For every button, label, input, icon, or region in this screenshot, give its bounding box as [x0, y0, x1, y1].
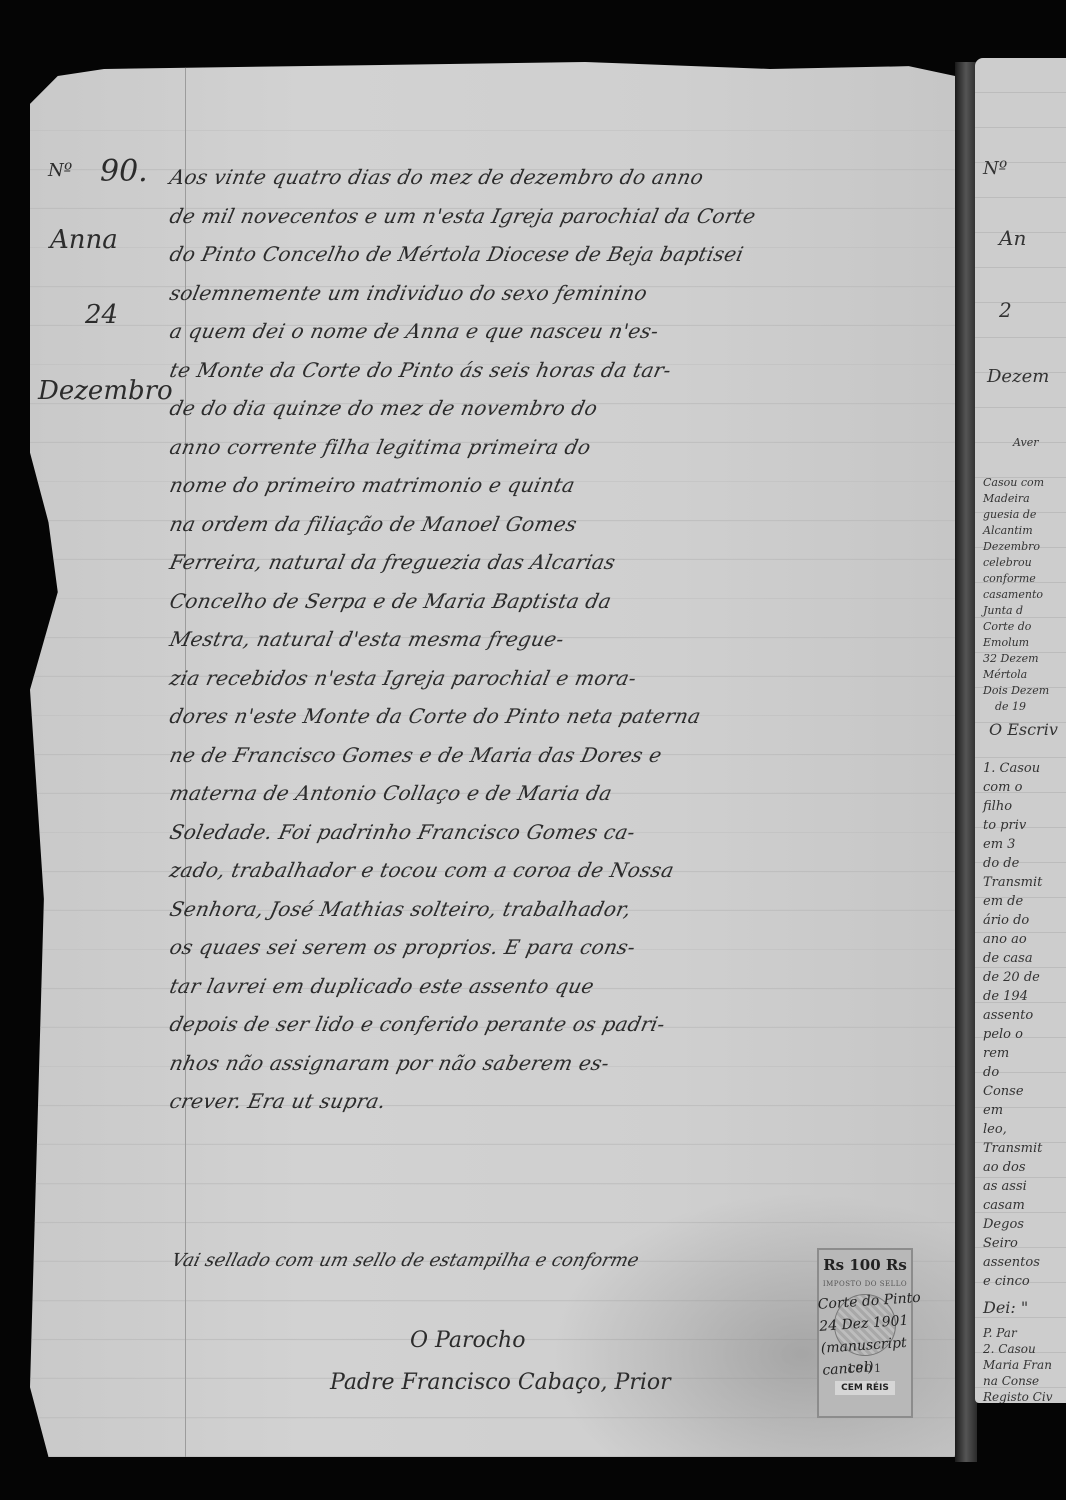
- entry-number-prefix: Nº: [48, 160, 72, 181]
- adjacent-fragment: Alcantim: [983, 524, 1033, 537]
- adjacent-fragment: casamento: [983, 588, 1043, 601]
- adjacent-fragment: Dezem: [987, 366, 1049, 387]
- adjacent-fragment: leo,: [983, 1122, 1007, 1137]
- adjacent-fragment: assentos: [983, 1255, 1040, 1270]
- adjacent-fragment: as assi: [983, 1179, 1027, 1194]
- stamp-value: Rs 100 Rs: [823, 1256, 907, 1274]
- body-line: Aos vinte quatro dias do mez de dezembro…: [166, 158, 924, 197]
- body-line: zia recebidos n'esta Igreja parochial e …: [166, 659, 924, 698]
- body-line: ne de Francisco Gomes e de Maria das Dor…: [166, 736, 924, 775]
- adjacent-fragment: 32 Dezem: [983, 652, 1039, 665]
- body-line: a quem dei o nome de Anna e que nasceu n…: [166, 312, 924, 351]
- adjacent-fragment: O Escriv: [989, 720, 1058, 739]
- stamp-inscription: IMPOSTO DO SELLO: [823, 1280, 907, 1288]
- body-line: nhos não assignaram por não saberem es-: [166, 1044, 924, 1083]
- margin-month: Dezembro: [38, 376, 173, 406]
- adjacent-fragment: assento: [983, 1008, 1033, 1023]
- adjacent-fragment: ano ao: [983, 932, 1027, 947]
- adjacent-fragment: Dezembro: [983, 540, 1040, 553]
- adjacent-fragment: Registo Civ: [983, 1390, 1052, 1403]
- adjacent-fragment: Dei: ": [983, 1298, 1028, 1317]
- adjacent-fragment: do: [983, 1065, 999, 1080]
- adjacent-fragment: Degos: [983, 1217, 1024, 1232]
- adjacent-fragment: Emolum: [983, 636, 1029, 649]
- body-line: zado, trabalhador e tocou com a coroa de…: [166, 851, 924, 890]
- adjacent-fragment: Aver: [1013, 436, 1038, 449]
- body-line: de do dia quinze do mez de novembro do: [166, 389, 924, 428]
- signature-name: Padre Francisco Cabaço, Prior: [330, 1370, 671, 1395]
- adjacent-fragment: de 20 de: [983, 970, 1040, 985]
- adjacent-fragment: guesia de: [983, 508, 1036, 521]
- adjacent-fragment: casam: [983, 1198, 1025, 1213]
- closing-note: Vai sellado com um sello de estampilha e…: [169, 1250, 641, 1271]
- body-line: Mestra, natural d'esta mesma fregue-: [166, 620, 924, 659]
- adjacent-fragment: Transmit: [983, 875, 1042, 890]
- adjacent-fragment: Mértola: [983, 668, 1027, 681]
- body-line: Concelho de Serpa e de Maria Baptista da: [166, 582, 924, 621]
- adjacent-fragment: to priv: [983, 818, 1026, 833]
- body-line: na ordem da filiação de Manoel Gomes: [166, 505, 924, 544]
- adjacent-fragment: celebrou: [983, 556, 1032, 569]
- adjacent-fragment: filho: [983, 799, 1012, 814]
- entry-body: Aos vinte quatro dias do mez de dezembro…: [170, 158, 920, 1121]
- adjacent-fragment: 1. Casou: [983, 761, 1040, 776]
- stamp-cancellation: Corte do Pinto 24 Dez 1901 (manuscript c…: [817, 1286, 933, 1381]
- adjacent-fragment: na Conse: [983, 1374, 1039, 1388]
- adjacent-fragment: Corte do: [983, 620, 1031, 633]
- body-line: do Pinto Concelho de Mértola Diocese de …: [166, 235, 924, 274]
- entry-number: 90.: [100, 154, 148, 189]
- body-line: Senhora, José Mathias solteiro, trabalha…: [166, 890, 924, 929]
- adjacent-fragment: 2. Casou: [983, 1342, 1036, 1356]
- book-spine: [955, 62, 977, 1462]
- margin-name: Anna: [50, 225, 118, 255]
- adjacent-fragment: do de: [983, 856, 1019, 871]
- body-line: Soledade. Foi padrinho Francisco Gomes c…: [166, 813, 924, 852]
- adjacent-fragment: Seiro: [983, 1236, 1018, 1251]
- stamp-denomination: CEM RÉIS: [835, 1381, 895, 1395]
- adjacent-fragment: e cinco: [983, 1274, 1030, 1289]
- adjacent-page: Nº An 2 Dezem Aver Casou com Madeira gue…: [975, 58, 1066, 1403]
- adjacent-fragment: rem: [983, 1046, 1009, 1061]
- adjacent-fragment: ao dos: [983, 1160, 1026, 1175]
- adjacent-fragment: Madeira: [983, 492, 1030, 505]
- body-line: nome do primeiro matrimonio e quinta: [166, 466, 924, 505]
- body-line: te Monte da Corte do Pinto ás seis horas…: [166, 351, 924, 390]
- body-line: anno corrente filha legitima primeira do: [166, 428, 924, 467]
- margin-day: 24: [85, 300, 118, 330]
- adjacent-fragment: conforme: [983, 572, 1036, 585]
- adjacent-fragment: em 3: [983, 837, 1015, 852]
- adjacent-fragment: em: [983, 1103, 1003, 1118]
- adjacent-fragment: Dois Dezem: [983, 684, 1049, 697]
- adjacent-fragment: pelo o: [983, 1027, 1023, 1042]
- body-line: os quaes sei serem os proprios. E para c…: [166, 928, 924, 967]
- body-line: dores n'este Monte da Corte do Pinto net…: [166, 697, 924, 736]
- adjacent-fragment: Maria Fran: [983, 1358, 1052, 1372]
- adjacent-fragment: de 19: [995, 700, 1026, 713]
- body-line: Ferreira, natural da freguezia das Alcar…: [166, 543, 924, 582]
- body-line: depois de ser lido e conferido perante o…: [166, 1005, 924, 1044]
- adjacent-fragment: de 194: [983, 989, 1028, 1004]
- adjacent-fragment: An: [999, 226, 1026, 250]
- body-line: crever. Era ut supra.: [166, 1082, 924, 1121]
- adjacent-fragment: Junta d: [983, 604, 1023, 617]
- body-line: tar lavrei em duplicado este assento que: [166, 967, 924, 1006]
- body-line: de mil novecentos e um n'esta Igreja par…: [166, 197, 924, 236]
- adjacent-fragment: de casa: [983, 951, 1033, 966]
- adjacent-fragment: 2: [999, 298, 1012, 322]
- adjacent-fragment: ário do: [983, 913, 1029, 928]
- body-line: materna de Antonio Collaço e de Maria da: [166, 774, 924, 813]
- adjacent-fragment: Nº: [983, 158, 1007, 179]
- body-line: solemnemente um individuo do sexo femini…: [166, 274, 924, 313]
- signature-title: O Parocho: [410, 1328, 525, 1353]
- adjacent-fragment: P. Par: [983, 1326, 1017, 1340]
- adjacent-fragment: Conse: [983, 1084, 1024, 1099]
- adjacent-fragment: com o: [983, 780, 1022, 795]
- adjacent-fragment: Transmit: [983, 1141, 1042, 1156]
- adjacent-fragment: Casou com: [983, 476, 1044, 489]
- adjacent-fragment: em de: [983, 894, 1023, 909]
